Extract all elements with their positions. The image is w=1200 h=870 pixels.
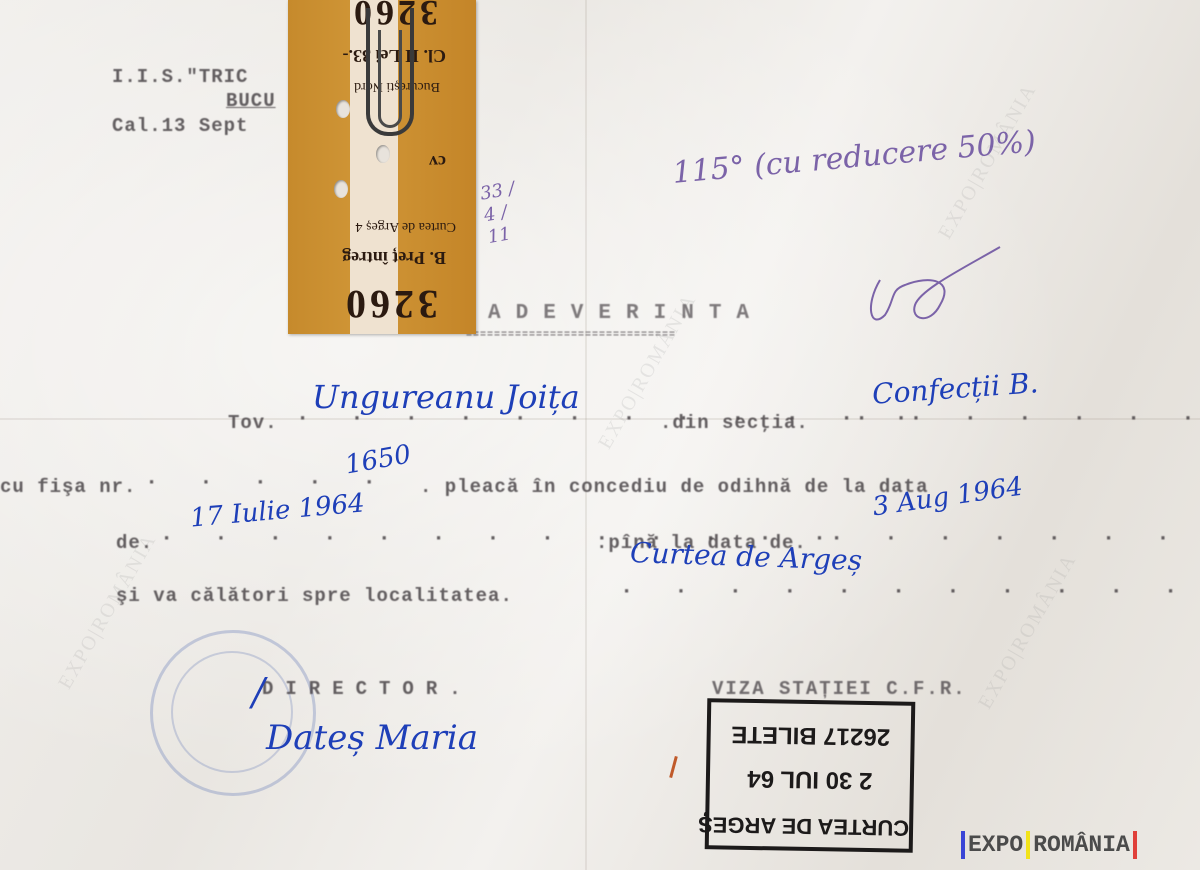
employee-section: Confecții B. [871, 366, 1039, 411]
body-label-section: .din secţia. [660, 412, 809, 434]
file-number: 1650 [343, 439, 413, 480]
watermark-text: EXPO|ROMÂNIA [54, 530, 162, 694]
header-line-2: BUCU [226, 90, 276, 112]
ticket-fare-type: B. Preț întreg [342, 247, 446, 268]
stamp-ticket-office: 26217 BILETE [710, 719, 910, 750]
document-paper: EXPO|ROMÂNIA EXPO|ROMÂNIA EXPO|ROMÂNIA E… [0, 0, 1200, 870]
station-stamp: CURTEA DE ARGEȘ 2 30 IUL 64 26217 BILETE [705, 698, 916, 853]
body-label-file: cu fişa nr. [0, 476, 136, 498]
logo-left: EXPO [968, 832, 1023, 858]
initials-mark [860, 235, 1010, 335]
expo-romania-logo: EXPO ROMÂNIA [958, 828, 1140, 862]
institution-seal [150, 630, 316, 796]
title-underline: ============================== [466, 330, 676, 341]
ticket-number: 3260 [342, 281, 438, 328]
stamp-station: CURTEA DE ARGEȘ [709, 811, 909, 840]
body-label-from: de. [116, 532, 153, 554]
director-label: DIRECTOR. [262, 678, 473, 700]
header-line-1: I.I.S."TRIC [112, 66, 248, 88]
employee-name: Ungureanu Joița [312, 378, 580, 416]
ticket-destination: Curtea de Argeș 4 [356, 218, 456, 234]
ticket-code: cv [429, 151, 446, 172]
logo-right: ROMÂNIA [1033, 832, 1130, 858]
body-label-destination: şi va călători spre localitatea. [116, 585, 513, 607]
body-label-leave: . pleacă în concediu de odihnă de la dat… [420, 476, 928, 498]
document-title: ADEVERINTA [488, 302, 764, 325]
stamp-date: 2 30 IUL 64 [710, 763, 910, 794]
note-fraction: 33 / 4 / 11 [479, 177, 530, 249]
fold-line [585, 0, 587, 870]
body-label-tov: Tov. [228, 412, 278, 434]
station-visa-label: VIZA STAȚIEI C.F.R. [712, 678, 967, 700]
director-signature: Dateș Maria [266, 718, 478, 758]
header-line-3: Cal.13 Sept [112, 115, 248, 137]
watermark-text: EXPO|ROMÂNIA [974, 550, 1082, 714]
destination: Curtea de Argeș [629, 536, 862, 577]
